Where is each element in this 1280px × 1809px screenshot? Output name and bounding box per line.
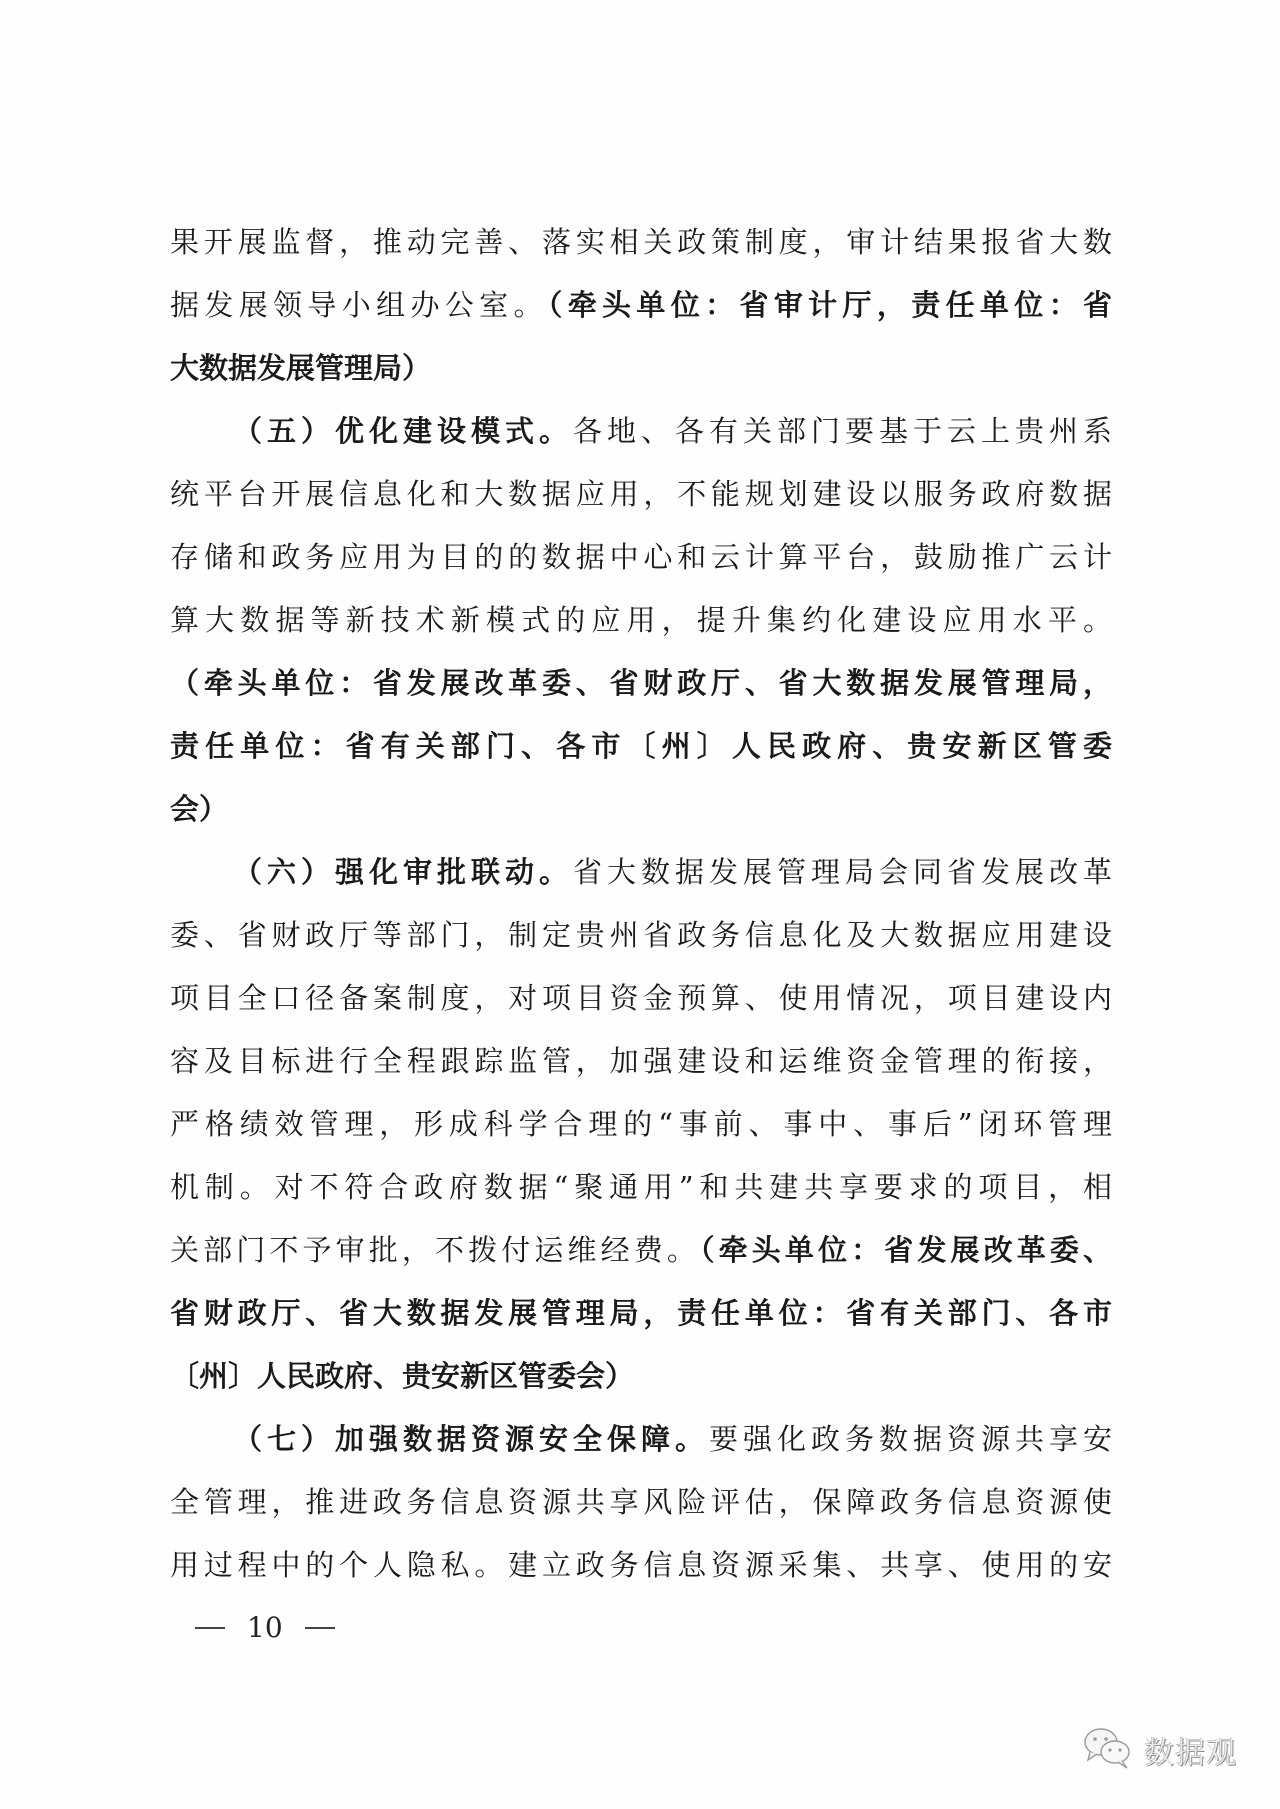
text-segment: 统平台开展信息化和大数据应用，不能规划建设以服务政府数据 [170,477,1112,511]
text-line: 关部门不予审批，不拨付运维经费。（牵头单位：省发展改革委、 [170,1230,1112,1270]
page-number: 10 [195,1608,335,1648]
text-segment: 据发展领导小组办公室。 [170,288,548,322]
text-line: 统平台开展信息化和大数据应用，不能规划建设以服务政府数据 [170,474,1112,514]
text-segment: 项目全口径备案制度，对项目资金预算、使用情况，项目建设内 [170,981,1112,1015]
text-segment: 果开展监督，推动完善、落实相关政策制度，审计结果报省大数 [170,225,1112,259]
watermark-text: 数据观 [1144,1728,1237,1772]
bold-segment: 省财政厅、省大数据发展管理局，责任单位：省有关部门、各市 [170,1296,1112,1330]
text-line: （五）优化建设模式。各地、各有关部门要基于云上贵州系 [233,411,1112,451]
text-line: 委、省财政厅等部门，制定贵州省政务信息化及大数据应用建设 [170,915,1112,955]
bold-segment: 责任单位：省有关部门、各市〔州〕人民政府、贵安新区管委 [170,729,1112,763]
text-line: （六）强化审批联动。省大数据发展管理局会同省发展改革 [233,852,1112,892]
text-line: 项目全口径备案制度，对项目资金预算、使用情况，项目建设内 [170,978,1112,1018]
text-segment: 严格绩效管理，形成科学合理的“事前、事中、事后”闭环管理 [170,1107,1112,1141]
text-segment: 存储和政务应用为目的的数据中心和云计算平台，鼓励推广云计 [170,540,1112,574]
text-line: （七）加强数据资源安全保障。要强化政务数据资源共享安 [233,1419,1112,1459]
bold-segment: 会） [170,792,228,826]
text-segment: 委、省财政厅等部门，制定贵州省政务信息化及大数据应用建设 [170,918,1112,952]
text-line: 算大数据等新技术新模式的应用，提升集约化建设应用水平。 [170,600,1112,640]
bold-segment: （六）强化审批联动。 [233,855,573,889]
text-segment: 要强化政务数据资源共享安 [709,1422,1112,1456]
text-line: 〔州〕人民政府、贵安新区管委会） [170,1356,1112,1396]
text-line: 会） [170,789,1112,829]
text-line: 存储和政务应用为目的的数据中心和云计算平台，鼓励推广云计 [170,537,1112,577]
text-line: 果开展监督，推动完善、落实相关政策制度，审计结果报省大数 [170,222,1112,262]
bold-segment: 〔州〕人民政府、贵安新区管委会） [170,1359,634,1393]
text-line: 严格绩效管理，形成科学合理的“事前、事中、事后”闭环管理 [170,1104,1112,1144]
bold-segment: （牵头单位：省审计厅，责任单位：省 [548,288,1112,322]
text-segment: 机制。对不符合政府数据“聚通用”和共建共享要求的项目，相 [170,1170,1112,1204]
document-page: 果开展监督，推动完善、落实相关政策制度，审计结果报省大数据发展领导小组办公室。（… [0,0,1280,1809]
dash-right [305,1627,335,1629]
text-segment: 各地、各有关部门要基于云上贵州系 [573,414,1112,448]
text-segment: 算大数据等新技术新模式的应用，提升集约化建设应用水平。 [170,603,1112,637]
bold-segment: 大数据发展管理局） [170,351,431,385]
text-line: 据发展领导小组办公室。（牵头单位：省审计厅，责任单位：省 [170,285,1112,325]
page-number-text: 10 [247,1608,283,1648]
text-line: 责任单位：省有关部门、各市〔州〕人民政府、贵安新区管委 [170,726,1112,766]
text-line: 大数据发展管理局） [170,348,1112,388]
bold-segment: （牵头单位：省发展改革委、 [700,1233,1112,1267]
wechat-icon [1082,1726,1134,1774]
watermark: 数据观 [1082,1726,1237,1774]
text-line: （牵头单位：省发展改革委、省财政厅、省大数据发展管理局， [170,663,1112,703]
text-segment: 关部门不予审批，不拨付运维经费。 [170,1233,700,1267]
text-segment: 全管理，推进政务信息资源共享风险评估，保障政务信息资源使 [170,1485,1112,1519]
bold-segment: （七）加强数据资源安全保障。 [233,1422,709,1456]
bold-segment: （五）优化建设模式。 [233,414,573,448]
text-segment: 用过程中的个人隐私。建立政务信息资源采集、共享、使用的安 [170,1548,1112,1582]
text-segment: 省大数据发展管理局会同省发展改革 [573,855,1112,889]
bold-segment: （牵头单位：省发展改革委、省财政厅、省大数据发展管理局， [170,666,1112,700]
dash-left [195,1627,225,1629]
text-line: 全管理，推进政务信息资源共享风险评估，保障政务信息资源使 [170,1482,1112,1522]
text-line: 容及目标进行全程跟踪监管，加强建设和运维资金管理的衔接， [170,1041,1112,1081]
text-line: 用过程中的个人隐私。建立政务信息资源采集、共享、使用的安 [170,1545,1112,1585]
text-line: 省财政厅、省大数据发展管理局，责任单位：省有关部门、各市 [170,1293,1112,1333]
text-line: 机制。对不符合政府数据“聚通用”和共建共享要求的项目，相 [170,1167,1112,1207]
text-segment: 容及目标进行全程跟踪监管，加强建设和运维资金管理的衔接， [170,1044,1112,1078]
